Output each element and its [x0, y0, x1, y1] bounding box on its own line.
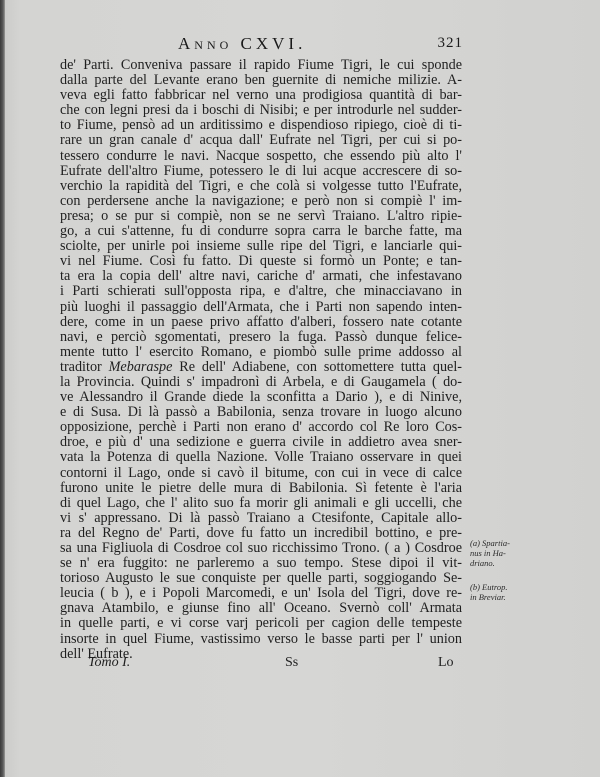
text-line: gnava Atambilo, e giunse fino all' Ocean… [60, 601, 462, 616]
margin-note-a-line: (a) Spartia- [470, 538, 540, 548]
text-line: leucia ( b ), e i Popoli Marcomedi, e un… [60, 586, 462, 601]
text-line: la Provincia. Quindi s' impadronì di Arb… [60, 375, 462, 390]
text-line: navi, e perciò sgomentati, presero la fu… [60, 330, 462, 345]
text-line: con perdersene anche la navigazione; e p… [60, 194, 462, 209]
margin-note-b-line: in Breviar. [470, 592, 540, 602]
text-line: vi s' appressano. Di là passò Traiano a … [60, 511, 462, 526]
text-line: dalla parte del Levante erano ben guerni… [60, 73, 462, 88]
text-line: ve Alessandro il Grande diede la sconfit… [60, 390, 462, 405]
signature-mark: Ss [285, 655, 298, 671]
text-line: torioso Augusto le sue conquiste per que… [60, 571, 462, 586]
margin-note-a-line: driano. [470, 558, 540, 568]
running-title: Anno CXVI. [178, 34, 306, 54]
volume-label: Tomo I. [88, 655, 130, 671]
text-line: verchio la rapidità del Tigri, e che col… [60, 179, 462, 194]
book-page: Anno CXVI. 321 de' Parti. Conveniva pass… [0, 0, 600, 777]
text-line: de' Parti. Conveniva passare il rapido F… [60, 58, 462, 73]
text-line: go, a cui s'attenne, fu di condurre sopr… [60, 224, 462, 239]
page-number: 321 [438, 35, 464, 52]
text-line: sa una Figliuola di Cosdroe col suo ricc… [60, 541, 462, 556]
text-line: dere, come in un paese privo affatto d'a… [60, 315, 462, 330]
catchword: Lo [438, 655, 454, 671]
text-line: che con legni presi da i boschi di Nisib… [60, 103, 462, 118]
text-line: ta era la copia dell' altre navi, carich… [60, 269, 462, 284]
margin-note-a: (a) Spartia- nus in Ha- driano. [470, 538, 540, 568]
text-line-with-italic-name: traditor Mebaraspe Re dell' Adiabene, co… [60, 360, 462, 375]
text-line: e di Susa. Di là passò a Babilonia, senz… [60, 405, 462, 420]
text-line: più luoghi il passaggio dell'Armata, che… [60, 300, 462, 315]
text-line: veva egli fatto fabbricar nel verno una … [60, 88, 462, 103]
margin-note-b: (b) Eutrop. in Breviar. [470, 582, 540, 602]
text-line: presa; o se pur si compiè, non se ne ser… [60, 209, 462, 224]
page-footer: Tomo I. Ss Lo [60, 655, 460, 673]
text-line: vi nel Fiume. Così fu fatto. Di queste s… [60, 254, 462, 269]
text-line: droe, e più d' una sedizione e guerra ci… [60, 435, 462, 450]
book-spine-shadow [0, 0, 5, 777]
text-line: furono unite le pietre delle mura di Bab… [60, 481, 462, 496]
text-line: mente tutto l' esercito Romano, e piombò… [60, 345, 462, 360]
margin-note-a-line: nus in Ha- [470, 548, 540, 558]
text-line: insorte in quel Fiume, vastissimo verso … [60, 632, 462, 647]
text-line: di quel Lago, che l' alito suo fa morir … [60, 496, 462, 511]
text-line: rare un gran canale d' acqua dall' Eufra… [60, 133, 462, 148]
text-line: vata la Potenza di quella Nazione. Volle… [60, 450, 462, 465]
text-line: i Parti schierati sull'opposta ripa, e d… [60, 284, 462, 299]
margin-note-b-line: (b) Eutrop. [470, 582, 540, 592]
text-line: ra del Regno de' Parti, dove fu fatto un… [60, 526, 462, 541]
italic-proper-name: Mebaraspe [109, 359, 173, 375]
text-line: sciolte, per unirle poi insieme sulle ri… [60, 239, 462, 254]
text-line: se n' era fuggito: ne parleremo a suo te… [60, 556, 462, 571]
text-line: tessero condurre le navi. Nacque sospett… [60, 149, 462, 164]
text-line: in quelle parti, e vi corse varj pericol… [60, 616, 462, 631]
text-line: opposizione, perchè i Parti non erano d'… [60, 420, 462, 435]
text-line: to Fiume, pensò ad un arditissimo e disp… [60, 118, 462, 133]
running-head: Anno CXVI. 321 [60, 34, 460, 56]
text-line: contorni il Lago, onde si cavò il bitume… [60, 466, 462, 481]
body-text: de' Parti. Conveniva passare il rapido F… [60, 58, 462, 662]
text-line: Eufrate dell'altro Fiume, potessero le d… [60, 164, 462, 179]
